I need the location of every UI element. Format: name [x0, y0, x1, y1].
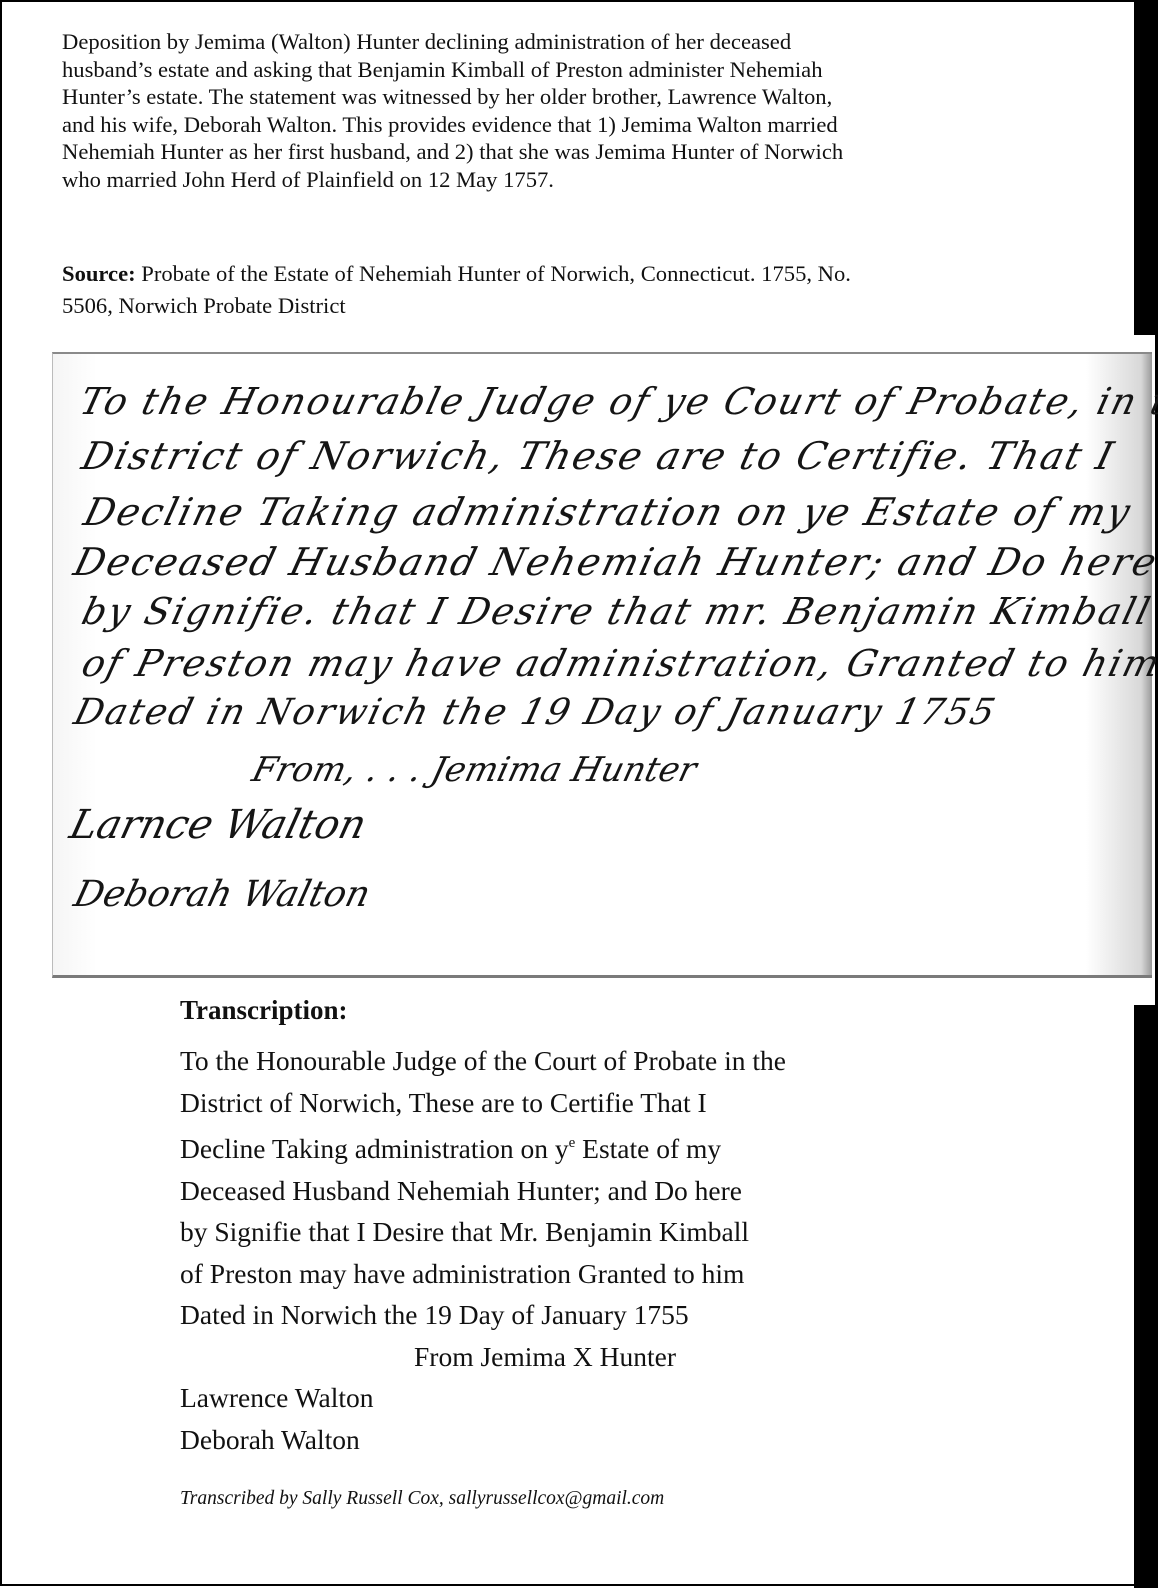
manuscript-line: Decline Taking administration on ye Esta… — [80, 490, 1137, 534]
manuscript-line: District of Norwich, These are to Certif… — [78, 434, 1120, 478]
source-label: Source: — [62, 261, 136, 286]
manuscript-signature-deborah: Deborah Walton — [70, 874, 375, 915]
intro-line: Hunter’s estate. The statement was witne… — [62, 83, 1122, 111]
transcription-heading: Transcription: — [180, 990, 940, 1030]
intro-line: husband’s estate and asking that Benjami… — [62, 56, 1122, 84]
manuscript-line: by Signifie. that I Desire that mr. Benj… — [78, 590, 1157, 633]
manuscript-from-line: From, . . . Jemima Hunter — [248, 750, 701, 790]
witness-deborah: Deborah Walton — [180, 1419, 940, 1461]
intro-paragraph: Deposition by Jemima (Walton) Hunter dec… — [62, 28, 1122, 194]
black-margin-top-right — [1134, 0, 1158, 335]
transcriber-credit: Transcribed by Sally Russell Cox, sallyr… — [180, 1488, 664, 1510]
source-text-cont: 5506, Norwich Probate District — [62, 290, 1122, 322]
source-citation: Source: Probate of the Estate of Nehemia… — [62, 258, 1122, 322]
intro-line: who married John Herd of Plainfield on 1… — [62, 166, 1122, 194]
transcription-section: Transcription: To the Honourable Judge o… — [180, 990, 940, 1460]
manuscript-signature-lawrence: Larnce Walton — [65, 802, 371, 848]
black-margin-bottom-right — [1134, 1005, 1158, 1588]
transcription-from-line: From Jemima X Hunter — [180, 1336, 940, 1378]
transcription-line: Deceased Husband Nehemiah Hunter; and Do… — [180, 1170, 940, 1212]
witness-lawrence: Lawrence Walton — [180, 1377, 940, 1419]
intro-line: Deposition by Jemima (Walton) Hunter dec… — [62, 28, 1122, 56]
intro-line: and his wife, Deborah Walton. This provi… — [62, 111, 1122, 139]
transcription-text: Decline Taking administration on y — [180, 1133, 569, 1164]
manuscript-line: Dated in Norwich the 19 Day of January 1… — [70, 692, 1001, 733]
manuscript-line: of Preston may have administration, Gran… — [78, 642, 1158, 685]
transcription-line: District of Norwich, These are to Certif… — [180, 1082, 940, 1124]
manuscript-line: To the Honourable Judge of ye Court of P… — [76, 380, 1158, 423]
transcription-line: To the Honourable Judge of the Court of … — [180, 1040, 940, 1082]
intro-line: Nehemiah Hunter as her first husband, an… — [62, 138, 1122, 166]
transcription-line: Decline Taking administration on ye Esta… — [180, 1123, 940, 1170]
transcription-line: of Preston may have administration Grant… — [180, 1253, 940, 1295]
manuscript-image: To the Honourable Judge of ye Court of P… — [52, 352, 1152, 978]
source-text: Probate of the Estate of Nehemiah Hunter… — [136, 261, 851, 286]
transcription-line: by Signifie that I Desire that Mr. Benja… — [180, 1211, 940, 1253]
manuscript-line: Deceased Husband Nehemiah Hunter; and Do… — [70, 540, 1158, 584]
transcription-text: Estate of my — [575, 1133, 721, 1164]
transcription-line: Dated in Norwich the 19 Day of January 1… — [180, 1294, 940, 1336]
